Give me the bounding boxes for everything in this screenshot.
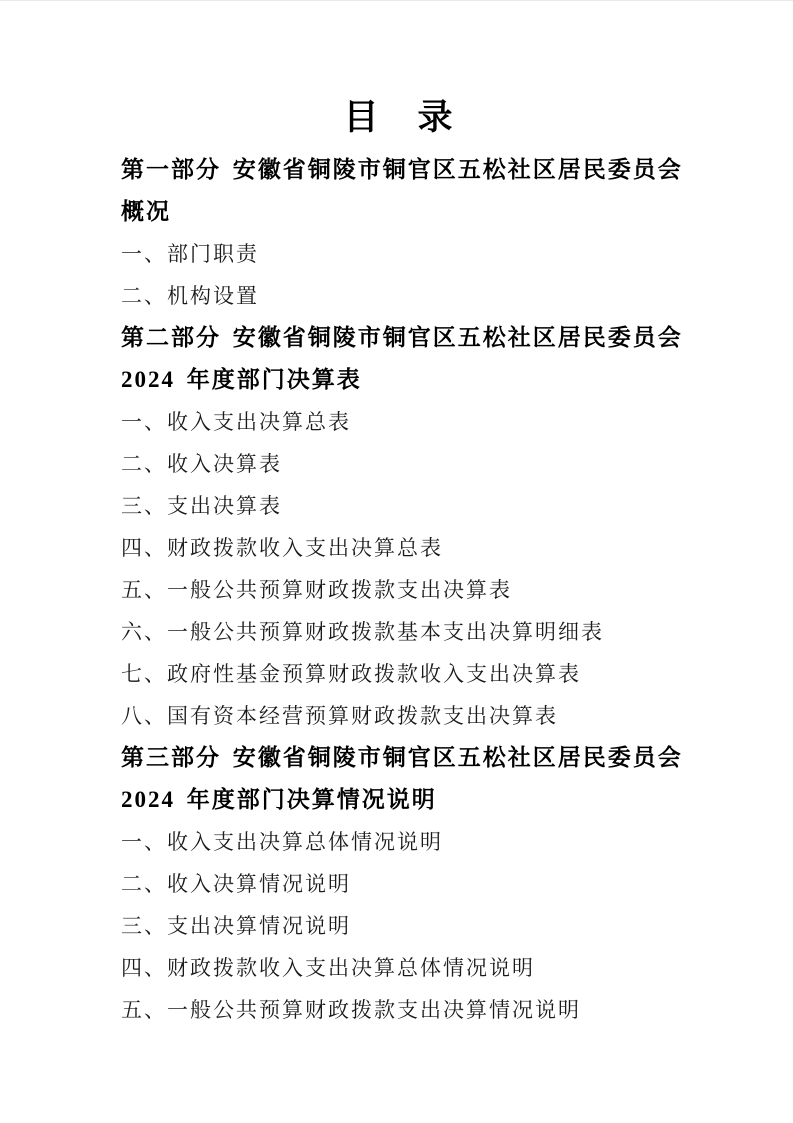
toc-entry: 六、一般公共预算财政拨款基本支出决算明细表: [121, 611, 677, 653]
toc-entry: 五、一般公共预算财政拨款支出决算情况说明: [121, 989, 677, 1031]
section-heading: 第三部分 安徽省铜陵市铜官区五松社区居民委员会: [121, 737, 677, 779]
toc-entry: 二、机构设置: [121, 275, 677, 317]
toc-entry: 七、政府性基金预算财政拨款收入支出决算表: [121, 653, 677, 695]
section-heading: 2024 年度部门决算情况说明: [121, 779, 677, 821]
toc-entry: 一、收入支出决算总表: [121, 401, 677, 443]
toc-entry: 三、支出决算表: [121, 485, 677, 527]
toc-content: 目 录 第一部分 安徽省铜陵市铜官区五松社区居民委员会概况一、部门职责二、机构设…: [121, 95, 677, 1031]
section-heading: 第二部分 安徽省铜陵市铜官区五松社区居民委员会: [121, 317, 677, 359]
section-heading: 第一部分 安徽省铜陵市铜官区五松社区居民委员会: [121, 149, 677, 191]
toc-entry: 八、国有资本经营预算财政拨款支出决算表: [121, 695, 677, 737]
document-page: 目 录 第一部分 安徽省铜陵市铜官区五松社区居民委员会概况一、部门职责二、机构设…: [0, 0, 793, 1123]
toc-entry: 三、支出决算情况说明: [121, 905, 677, 947]
toc-entry: 二、收入决算情况说明: [121, 863, 677, 905]
toc-entry: 四、财政拨款收入支出决算总表: [121, 527, 677, 569]
section-heading: 2024 年度部门决算表: [121, 359, 677, 401]
toc-entry: 四、财政拨款收入支出决算总体情况说明: [121, 947, 677, 989]
toc-entry: 一、部门职责: [121, 233, 677, 275]
section-heading: 概况: [121, 191, 677, 233]
toc-entry: 二、收入决算表: [121, 443, 677, 485]
toc-entry: 一、收入支出决算总体情况说明: [121, 821, 677, 863]
toc-list: 第一部分 安徽省铜陵市铜官区五松社区居民委员会概况一、部门职责二、机构设置第二部…: [121, 149, 677, 1031]
toc-entry: 五、一般公共预算财政拨款支出决算表: [121, 569, 677, 611]
page-title: 目 录: [121, 95, 677, 141]
